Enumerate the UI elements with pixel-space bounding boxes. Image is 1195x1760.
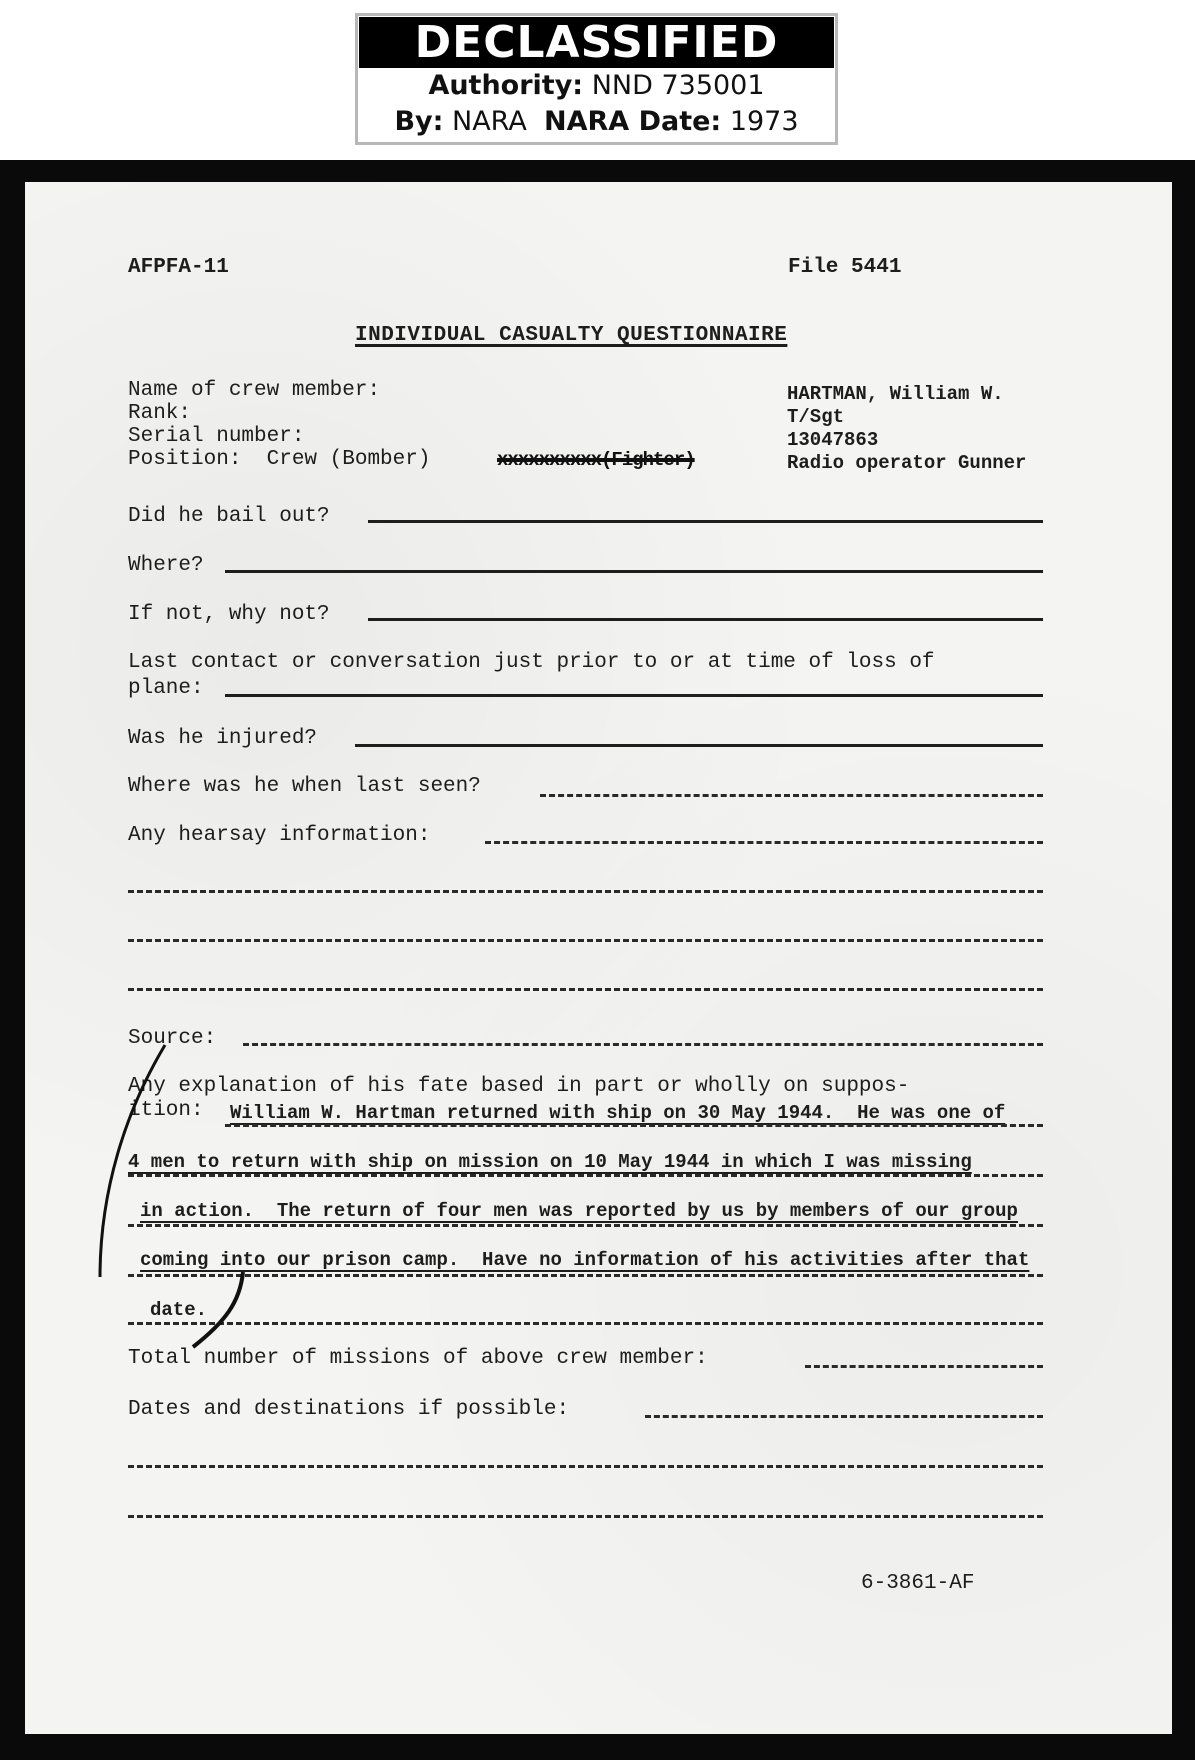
answer-line-where bbox=[225, 570, 1043, 573]
struck-position: xxxxxxxxxx(Fighter) bbox=[497, 448, 695, 472]
form-id: AFPFA-11 bbox=[128, 256, 229, 280]
answer-line-total-missions bbox=[805, 1365, 1043, 1368]
stamp-by-date: By: NARA NARA Date: 1973 bbox=[358, 104, 835, 140]
stamp-title: DECLASSIFIED bbox=[359, 17, 834, 68]
question-bail-out: Did he bail out? bbox=[128, 505, 330, 529]
question-dates-destinations: Dates and destinations if possible: bbox=[128, 1398, 569, 1422]
explanation-answer-line-1: William W. Hartman returned with ship on… bbox=[230, 1101, 1005, 1125]
question-last-contact: Last contact or conversation just prior … bbox=[128, 651, 935, 675]
question-last-seen: Where was he when last seen? bbox=[128, 775, 481, 799]
answer-line-dates-destinations-2 bbox=[128, 1465, 1043, 1468]
page-title: INDIVIDUAL CASUALTY QUESTIONNAIRE bbox=[355, 324, 787, 348]
stamp-authority: Authority: NND 735001 bbox=[358, 68, 835, 104]
answer-line-explanation-4 bbox=[128, 1274, 1043, 1277]
answer-line-last-contact bbox=[225, 694, 1043, 697]
question-explanation-cont: ition: bbox=[128, 1099, 204, 1123]
explanation-answer-line-4: coming into our prison camp. Have no inf… bbox=[140, 1248, 1029, 1272]
explanation-answer-line-2: 4 men to return with ship on mission on … bbox=[128, 1150, 972, 1174]
question-hearsay: Any hearsay information: bbox=[128, 824, 430, 848]
answer-line-injured bbox=[355, 744, 1043, 747]
answer-line-dates-destinations bbox=[645, 1415, 1043, 1418]
answer-line-explanation-3 bbox=[128, 1224, 1043, 1227]
name-label: Name of crew member: bbox=[128, 379, 380, 403]
answer-line-explanation-1 bbox=[225, 1124, 1043, 1127]
file-number: File 5441 bbox=[788, 256, 901, 280]
serial-value: 13047863 bbox=[787, 428, 878, 452]
name-value: HARTMAN, William W. bbox=[787, 382, 1004, 406]
answer-line-hearsay-2 bbox=[128, 890, 1043, 893]
question-injured: Was he injured? bbox=[128, 727, 317, 751]
question-source: Source: bbox=[128, 1027, 216, 1051]
answer-line-hearsay-3 bbox=[128, 939, 1043, 942]
answer-line-why-not bbox=[368, 618, 1043, 621]
rank-value: T/Sgt bbox=[787, 405, 844, 429]
answer-line-source bbox=[243, 1043, 1043, 1046]
position-label: Position: Crew (Bomber) bbox=[128, 448, 430, 472]
serial-label: Serial number: bbox=[128, 425, 304, 449]
explanation-answer-line-5: date. bbox=[150, 1298, 207, 1322]
answer-line-hearsay bbox=[485, 841, 1043, 844]
question-why-not: If not, why not? bbox=[128, 603, 330, 627]
declassified-stamp: DECLASSIFIED Authority: NND 735001 By: N… bbox=[355, 13, 838, 145]
handwritten-bracket-icon bbox=[25, 182, 1172, 1734]
answer-line-hearsay-4 bbox=[128, 988, 1043, 991]
form-number: 6-3861-AF bbox=[861, 1572, 974, 1596]
answer-line-dates-destinations-3 bbox=[128, 1515, 1043, 1518]
position-value: Radio operator Gunner bbox=[787, 451, 1026, 475]
answer-line-explanation-5 bbox=[128, 1322, 1043, 1325]
rank-label: Rank: bbox=[128, 402, 191, 426]
document-page: AFPFA-11 File 5441 INDIVIDUAL CASUALTY Q… bbox=[25, 182, 1172, 1734]
question-explanation: Any explanation of his fate based in par… bbox=[128, 1075, 909, 1099]
answer-line-bail-out bbox=[368, 520, 1043, 523]
question-last-contact-cont: plane: bbox=[128, 677, 204, 701]
explanation-answer-line-3: in action. The return of four men was re… bbox=[140, 1199, 1018, 1223]
answer-line-explanation-2 bbox=[128, 1174, 1043, 1177]
question-where: Where? bbox=[128, 554, 204, 578]
question-total-missions: Total number of missions of above crew m… bbox=[128, 1347, 708, 1371]
answer-line-last-seen bbox=[540, 794, 1043, 797]
